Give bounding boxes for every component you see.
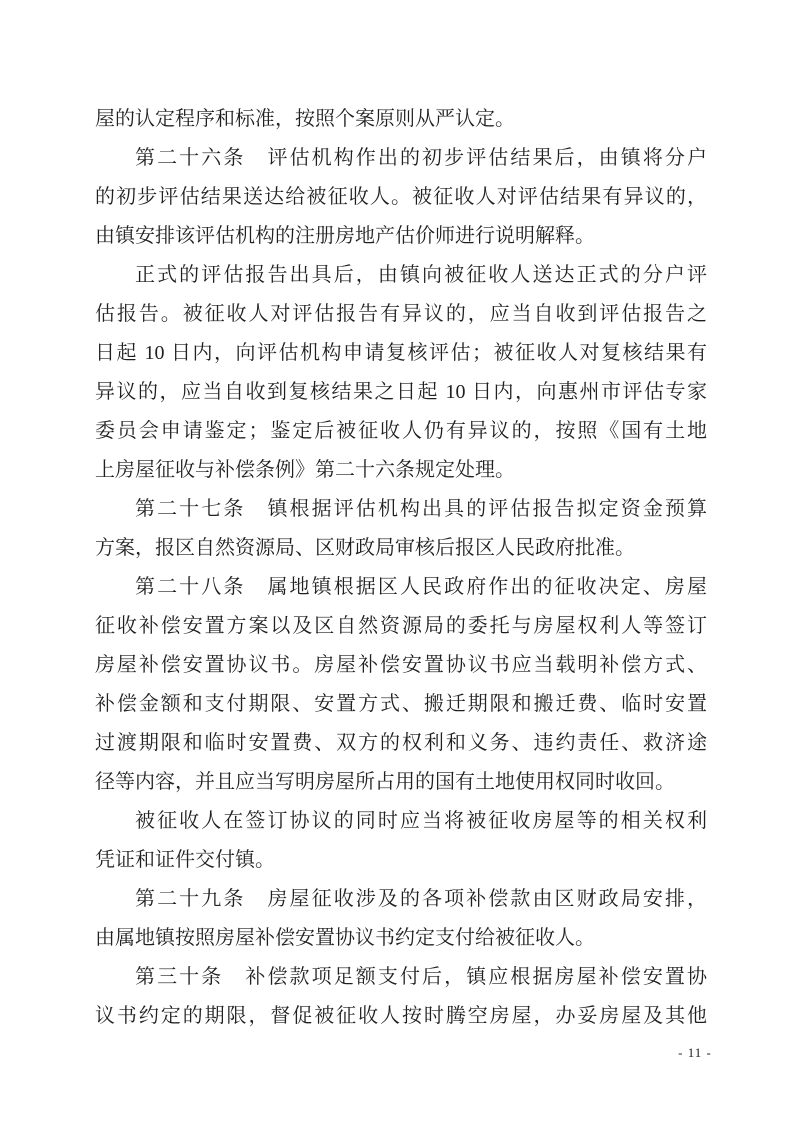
text-line: 径等内容，并且应当写明房屋所占用的国有土地使用权同时收回。: [95, 763, 707, 802]
text-line: 凭证和证件交付镇。: [95, 841, 707, 880]
text-line: 方案，报区自然资源局、区财政局审核后报区人民政府批准。: [95, 529, 707, 568]
text-line: 屋的认定程序和标准，按照个案原则从严认定。: [95, 100, 707, 139]
text-line: 委员会申请鉴定；鉴定后被征收人仍有异议的，按照《国有土地: [95, 412, 707, 451]
text-line: 征收补偿安置方案以及区自然资源局的委托与房屋权利人等签订: [95, 607, 707, 646]
text-line: 由属地镇按照房屋补偿安置协议书约定支付给被征收人。: [95, 919, 707, 958]
text-line: 正式的评估报告出具后，由镇向被征收人送达正式的分户评: [95, 256, 707, 295]
document-page: 屋的认定程序和标准，按照个案原则从严认定。第二十六条 评估机构作出的初步评估结果…: [0, 0, 800, 1131]
text-line: 第三十条 补偿款项足额支付后，镇应根据房屋补偿安置协: [95, 958, 707, 997]
text-line: 第二十八条 属地镇根据区人民政府作出的征收决定、房屋: [95, 568, 707, 607]
page-number: - 11 -: [650, 1045, 740, 1061]
text-line: 异议的，应当自收到复核结果之日起 10 日内，向惠州市评估专家: [95, 373, 707, 412]
text-line: 上房屋征收与补偿条例》第二十六条规定处理。: [95, 451, 707, 490]
text-line: 第二十六条 评估机构作出的初步评估结果后，由镇将分户: [95, 139, 707, 178]
text-line: 房屋补偿安置协议书。房屋补偿安置协议书应当载明补偿方式、: [95, 646, 707, 685]
text-line: 由镇安排该评估机构的注册房地产估价师进行说明解释。: [95, 217, 707, 256]
text-line: 被征收人在签订协议的同时应当将被征收房屋等的相关权利: [95, 802, 707, 841]
text-line: 第二十七条 镇根据评估机构出具的评估报告拟定资金预算: [95, 490, 707, 529]
text-line: 日起 10 日内，向评估机构申请复核评估；被征收人对复核结果有: [95, 334, 707, 373]
text-line: 第二十九条 房屋征收涉及的各项补偿款由区财政局安排，: [95, 880, 707, 919]
text-line: 议书约定的期限，督促被征收人按时腾空房屋，办妥房屋及其他: [95, 997, 707, 1036]
text-line: 补偿金额和支付期限、安置方式、搬迁期限和搬迁费、临时安置: [95, 685, 707, 724]
text-line: 过渡期限和临时安置费、双方的权利和义务、违约责任、救济途: [95, 724, 707, 763]
body-text: 屋的认定程序和标准，按照个案原则从严认定。第二十六条 评估机构作出的初步评估结果…: [95, 100, 707, 1036]
text-line: 估报告。被征收人对评估报告有异议的，应当自收到评估报告之: [95, 295, 707, 334]
text-line: 的初步评估结果送达给被征收人。被征收人对评估结果有异议的，: [95, 178, 707, 217]
